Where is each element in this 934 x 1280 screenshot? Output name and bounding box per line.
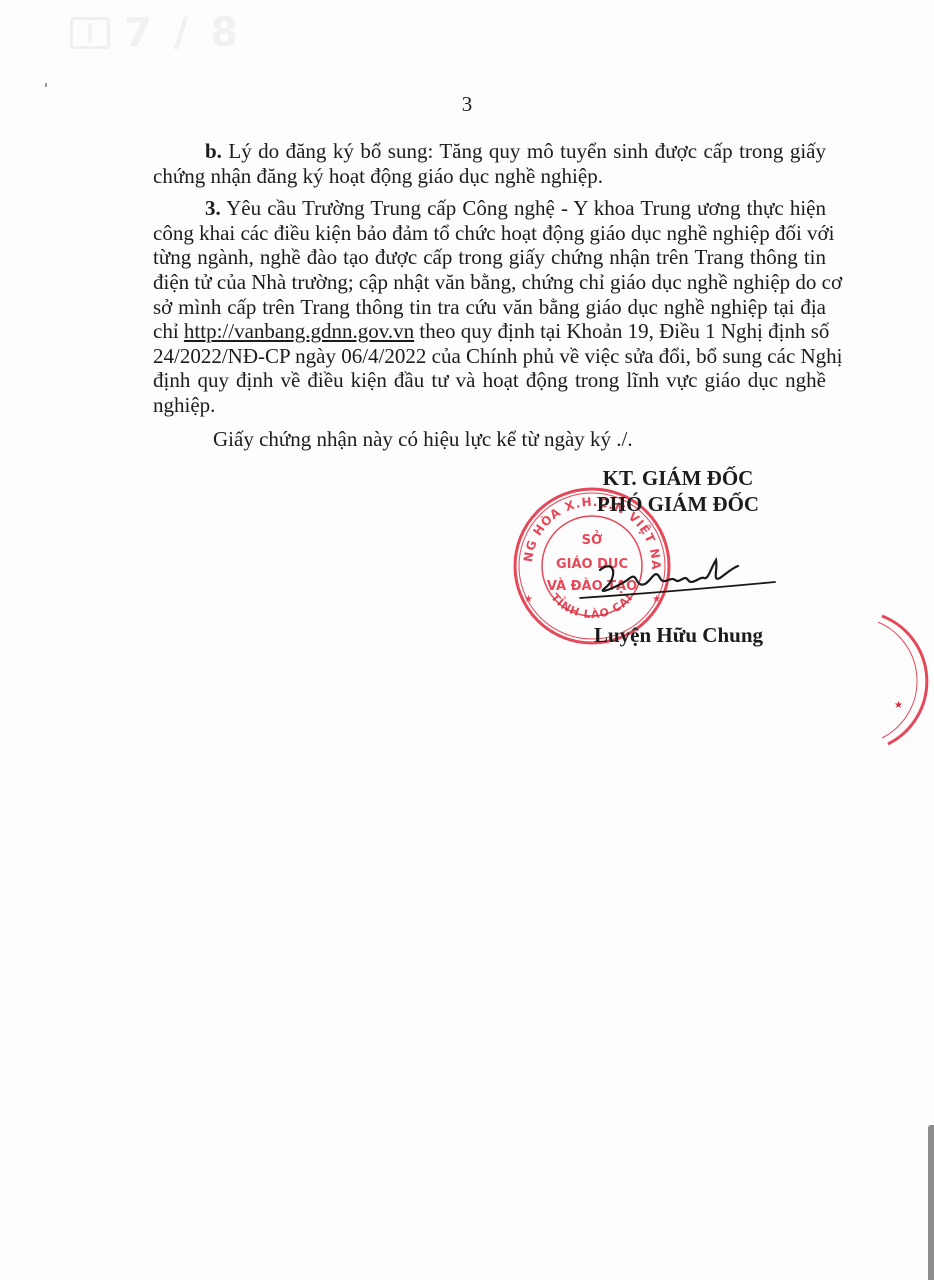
vanbang-link[interactable]: http://vanbang.gdnn.gov.vn — [184, 319, 414, 343]
svg-text:★: ★ — [894, 700, 903, 711]
signer-name: Luyện Hữu Chung — [594, 623, 763, 648]
page-number: 3 — [0, 92, 934, 117]
page-indicator: 7 / 8 — [70, 12, 242, 54]
signature-block: KT. GIÁM ĐỐC PHÓ GIÁM ĐỐC — [560, 465, 796, 517]
signer-title-1: KT. GIÁM ĐỐC — [560, 465, 796, 491]
signer-title-2: PHÓ GIÁM ĐỐC — [560, 491, 796, 517]
page-count: 7 / 8 — [124, 10, 242, 56]
section-b-label: b. — [205, 139, 222, 163]
partial-seal-icon: ★ — [868, 610, 934, 750]
section-3-label: 3. — [205, 196, 221, 220]
handwritten-signature-icon — [560, 548, 790, 608]
section-b: b. Lý do đăng ký bổ sung: Tăng quy mô tu… — [153, 139, 826, 188]
svg-text:★: ★ — [524, 594, 533, 605]
book-icon — [70, 17, 110, 49]
document-body: b. Lý do đăng ký bổ sung: Tăng quy mô tu… — [153, 139, 826, 428]
scrollbar[interactable] — [928, 1125, 934, 1280]
scan-speck — [45, 83, 47, 87]
svg-text:SỞ: SỞ — [582, 531, 603, 548]
effective-statement: Giấy chứng nhận này có hiệu lực kể từ ng… — [213, 427, 633, 452]
section-3: 3. Yêu cầu Trường Trung cấp Công nghệ - … — [153, 196, 826, 417]
